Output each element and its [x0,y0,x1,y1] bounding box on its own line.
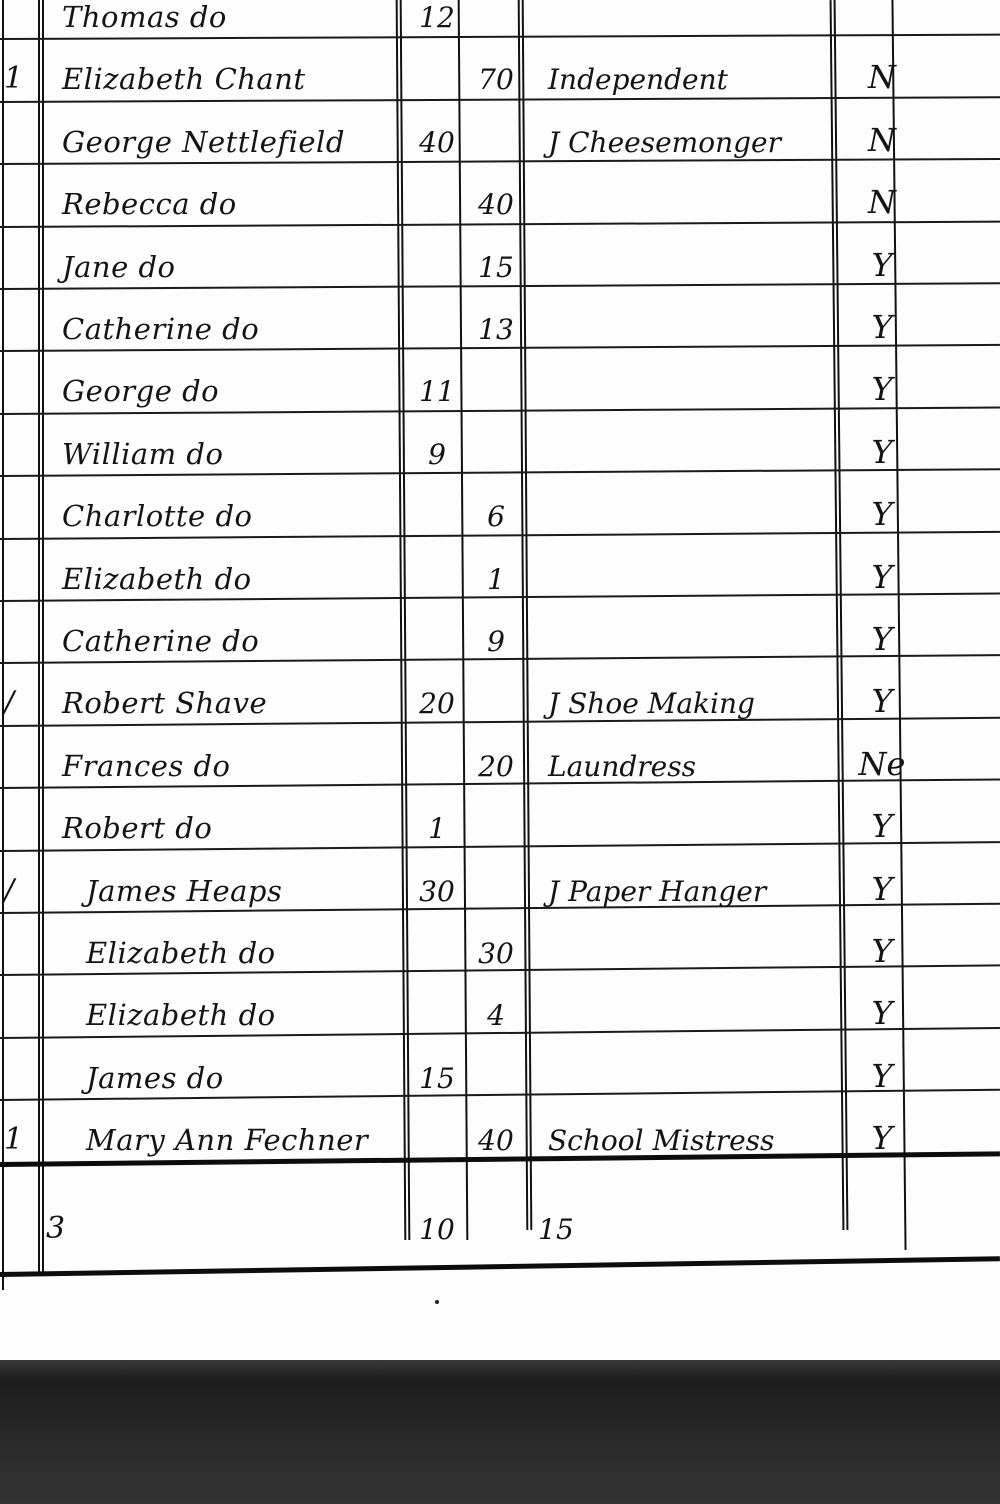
born-in-county: Y [852,932,912,970]
age-male: 30 [412,875,462,908]
born-in-county: N [852,183,912,221]
table-row: Catherine do9Y [0,602,1000,664]
page-bottom-rule [0,1256,1000,1277]
occupation: School Mistress [548,1124,774,1157]
born-in-county: N [852,121,912,159]
age-female: 15 [466,251,526,284]
house-mark: 1 [4,61,23,96]
age-male: 15 [412,1062,462,1095]
born-in-county: N [852,58,912,96]
born-in-county: Ne [852,745,912,783]
scan-speck [435,1300,439,1304]
person-name: James Heaps [86,874,282,908]
age-female: 6 [466,500,526,533]
table-row: James do15Y [0,1039,1000,1101]
age-female: 13 [466,313,526,346]
age-female: 70 [466,63,526,96]
born-in-county: Y [852,620,912,658]
totals-row: 3 10 15 [0,1182,1000,1252]
table-row: /Robert Shave20J Shoe MakingY [0,664,1000,726]
scan-shadow-edge [0,1360,1000,1504]
person-name: Charlotte do [62,499,252,533]
table-row: Rebecca do40N [0,165,1000,227]
table-row: George do11Y [0,352,1000,414]
born-in-county: Y [852,370,912,408]
table-row: William do9Y [0,415,1000,477]
person-name: Elizabeth Chant [62,62,306,96]
born-in-county: Y [852,1057,912,1095]
person-name: James do [86,1061,224,1095]
table-row: Robert do1Y [0,789,1000,851]
born-in-county: Y [852,433,912,471]
born-in-county: Y [852,807,912,845]
person-name: Elizabeth do [86,998,276,1032]
person-name: Catherine do [62,624,259,658]
person-name: William do [62,437,223,471]
born-in-county: Y [852,682,912,720]
table-row: Elizabeth do1Y [0,540,1000,602]
table-row: George Nettlefield40J CheesemongerN [0,103,1000,165]
age-female: 40 [466,1124,526,1157]
occupation: Laundress [548,750,696,783]
person-name: Rebecca do [62,187,237,221]
table-row: /James Heaps30J Paper HangerY [0,852,1000,914]
table-row: Thomas do12 [0,0,1000,40]
table-row: 1Elizabeth Chant70IndependentN [0,40,1000,102]
age-male: 11 [412,375,462,408]
person-name: Thomas do [62,0,227,34]
age-female: 1 [466,563,526,596]
house-mark: 1 [4,1122,23,1157]
table-row: Elizabeth do30Y [0,914,1000,976]
age-male: 20 [412,687,462,720]
person-name: Mary Ann Fechner [86,1123,368,1157]
born-in-county: Y [852,1119,912,1157]
age-male: 9 [412,438,462,471]
occupation: J Shoe Making [548,687,755,720]
totals-male: 10 [412,1213,462,1246]
person-name: Robert do [62,811,212,845]
age-female: 9 [466,625,526,658]
occupation: Independent [548,63,728,96]
age-female: 20 [466,750,526,783]
person-name: Robert Shave [62,686,267,720]
born-in-county: Y [852,870,912,908]
born-in-county: Y [852,246,912,284]
person-name: Elizabeth do [62,562,252,596]
house-mark: / [4,685,14,720]
table-row: Elizabeth do4Y [0,976,1000,1038]
occupation: J Cheesemonger [548,126,781,159]
table-row: Catherine do13Y [0,290,1000,352]
age-male: 1 [412,812,462,845]
age-female: 4 [466,999,526,1032]
table-row: Jane do15Y [0,228,1000,290]
person-name: Elizabeth do [86,936,276,970]
occupation: J Paper Hanger [548,875,766,908]
born-in-county: Y [852,994,912,1032]
totals-female: 15 [526,1213,586,1246]
born-in-county: Y [852,495,912,533]
born-in-county: Y [852,558,912,596]
table-row: Frances do20LaundressNe [0,727,1000,789]
person-name: George do [62,374,219,408]
person-name: Frances do [62,749,230,783]
table-row: Charlotte do6Y [0,477,1000,539]
age-female: 40 [466,188,526,221]
person-name: Jane do [62,250,176,284]
person-name: Catherine do [62,312,259,346]
table-row: 1Mary Ann Fechner40School MistressY [0,1101,1000,1163]
census-page: Thomas do121Elizabeth Chant70Independent… [0,0,1000,1370]
totals-houses: 3 [46,1211,65,1246]
age-male: 12 [412,1,462,34]
house-mark: / [4,873,14,908]
age-male: 40 [412,126,462,159]
age-female: 30 [466,937,526,970]
born-in-county: Y [852,308,912,346]
person-name: George Nettlefield [62,125,345,159]
